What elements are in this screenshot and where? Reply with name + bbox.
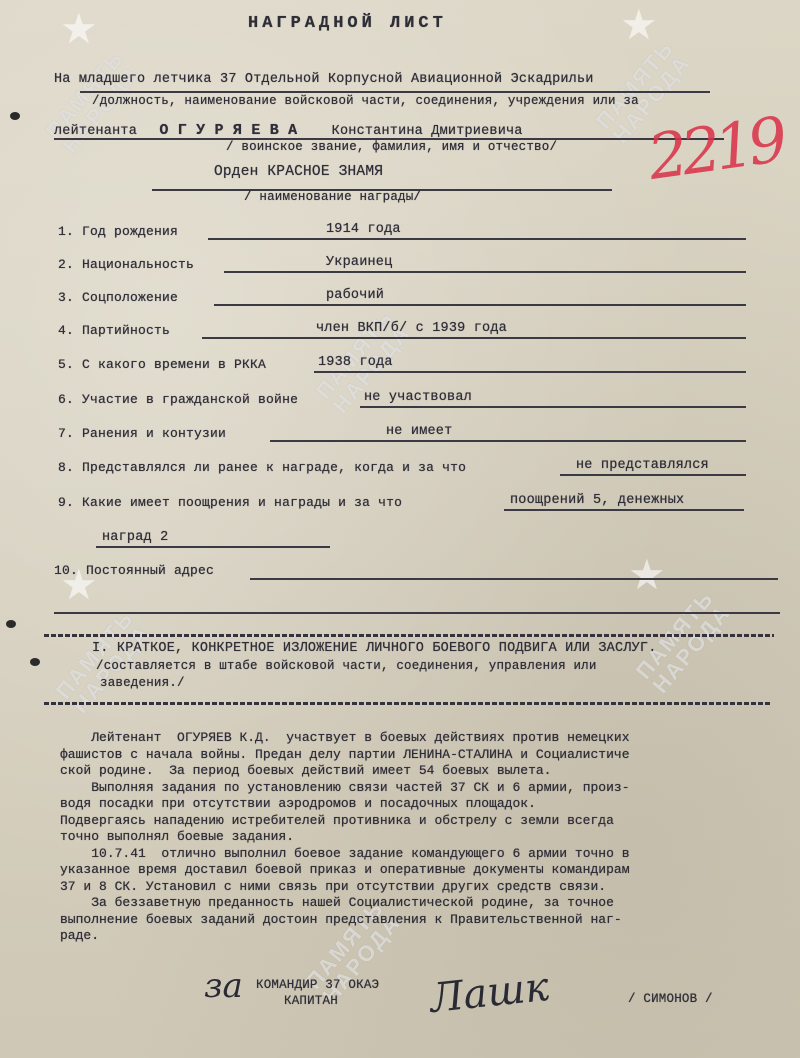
underline [54, 612, 780, 614]
answer-8: не представлялся [576, 458, 709, 473]
question-3: 3. Соцположение [58, 290, 178, 305]
handwritten-signature: Лашк [428, 964, 551, 1022]
document-title: НАГРАДНОЙ ЛИСТ [248, 14, 447, 33]
punch-hole [6, 620, 16, 628]
award-caption: / наименование награды/ [244, 190, 421, 204]
position-caption: /должность, наименование войсковой части… [92, 94, 639, 108]
dashed-rule [44, 702, 772, 705]
question-5: 5. С какого времени в РККА [58, 357, 266, 372]
answer-3: рабочий [326, 288, 384, 303]
dashed-rule [44, 634, 774, 637]
handwritten-za: за [204, 966, 243, 1006]
underline [314, 371, 746, 373]
question-6: 6. Участие в гражданской войне [58, 392, 298, 407]
award-sheet-page: ★ ★ ★ ★ ПАМЯТЬНАРОДА ПАМЯТЬНАРОДА ПАМЯТЬ… [0, 0, 800, 1058]
answer-9-continued: наград 2 [102, 530, 168, 545]
answer-9: поощрений 5, денежных [510, 493, 684, 508]
answer-4: член ВКП/б/ с 1939 года [316, 321, 507, 336]
underline [504, 509, 744, 511]
signatory-rank: КАПИТАН [284, 994, 338, 1008]
question-8: 8. Представлялся ли ранее к награде, ког… [58, 460, 466, 475]
underline [360, 406, 746, 408]
given-names: Константина Дмитриевича [332, 124, 523, 139]
underline [214, 304, 746, 306]
signatory-name: / СИМОНОВ / [628, 992, 713, 1006]
answer-1: 1914 года [326, 222, 401, 237]
question-4: 4. Партийность [58, 323, 170, 338]
punch-hole [10, 112, 20, 120]
signatory-title: КОМАНДИР 37 ОКАЭ [256, 978, 379, 992]
section-caption: заведения./ [100, 676, 185, 690]
star-icon: ★ [620, 0, 658, 49]
name-caption: / воинское звание, фамилия, имя и отчест… [226, 140, 557, 154]
award-name: Орден КРАСНОЕ ЗНАМЯ [214, 164, 383, 180]
underline [96, 546, 330, 548]
underline [208, 238, 746, 240]
star-icon: ★ [628, 550, 666, 599]
star-icon: ★ [60, 4, 98, 53]
question-1: 1. Год рождения [58, 224, 178, 239]
answer-2: Украинец [326, 255, 392, 270]
section-heading: I. КРАТКОЕ, КОНКРЕТНОЕ ИЗЛОЖЕНИЕ ЛИЧНОГО… [92, 641, 657, 656]
narrative-text: Лейтенант ОГУРЯЕВ К.Д. участвует в боевы… [60, 730, 775, 945]
underline [80, 91, 710, 93]
punch-hole [30, 658, 40, 666]
section-caption: /составляется в штабе войсковой части, с… [96, 659, 597, 673]
question-7: 7. Ранения и контузии [58, 426, 226, 441]
answer-6: не участвовал [364, 390, 472, 405]
underline [270, 440, 746, 442]
answer-7: не имеет [386, 424, 452, 439]
answer-5: 1938 года [318, 355, 393, 370]
underline [560, 474, 746, 476]
underline [202, 337, 746, 339]
rank: лейтенанта [54, 124, 137, 139]
rank-name-line: лейтенанта О Г У Р Я Е В А Константина Д… [54, 122, 523, 139]
red-registration-number: 2219 [644, 103, 787, 194]
question-2: 2. Национальность [58, 257, 194, 272]
position-line: На младшего летчика 37 Отдельной Корпусн… [54, 72, 594, 87]
underline [224, 271, 746, 273]
question-10: 10. Постоянный адрес [54, 563, 214, 578]
question-9: 9. Какие имеет поощрения и награды и за … [58, 495, 402, 510]
surname: О Г У Р Я Е В А [159, 122, 297, 139]
underline [250, 578, 778, 580]
